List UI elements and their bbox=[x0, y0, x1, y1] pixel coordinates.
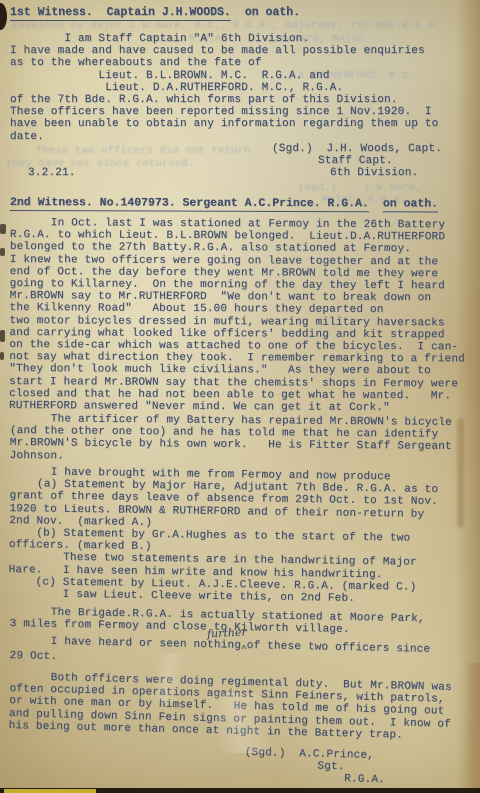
statement-date: 3.2.21. bbox=[28, 167, 76, 179]
typed-line: I am Staff Captain "A" 6th Division. bbox=[10, 33, 480, 45]
typed-line: These officers have been reported missin… bbox=[10, 106, 480, 118]
typed-line: as to the whereabouts and the fate of bbox=[10, 57, 480, 69]
document-photo: Examined by Major J.W.Hare, M.C., R.G.A.… bbox=[0, 0, 480, 793]
witness2-paragraph-exhibits: I have brought with me from Fermoy and n… bbox=[8, 466, 480, 607]
witness2-paragraph-artificer: The artificer of my Battery has repaired… bbox=[10, 413, 480, 466]
typed-line: Lieut. D.A.RUTHERFORD. M.C., R.G.A. bbox=[10, 82, 480, 94]
typed-line: Lieut. B.L.BROWN. M.C. R.G.A. and bbox=[10, 70, 480, 82]
witness1-heading-oath: on oath. bbox=[245, 6, 300, 19]
witness1-signed-unit: 6th Division. bbox=[330, 167, 418, 179]
typed-line: of the 7th Bde. R.G.A. which forms part … bbox=[10, 94, 480, 106]
witness2-heading-name: 2nd Witness. No.1407973. Sergeant A.C.Pr… bbox=[10, 196, 369, 212]
witness1-heading-name: 1st Witness. Captain J.H.WOODS. bbox=[10, 6, 231, 21]
edge-stain bbox=[0, 352, 4, 360]
witness2-paragraph-duties: Both officers were doing regimental duty… bbox=[9, 671, 480, 743]
witness1-signed-line: (Sgd.) J.H. Woods, Capt. bbox=[10, 143, 480, 155]
witness1-signature-block: (Sgd.) J.H. Woods, Capt. Staff Capt. 3.2… bbox=[10, 143, 480, 180]
typed-line: have been unable to obtain any informati… bbox=[10, 118, 480, 130]
torn-corner bbox=[464, 663, 480, 793]
edge-stain bbox=[0, 248, 5, 256]
witness2-paragraph-departure: In Oct. last I was stationed at Fermoy i… bbox=[9, 217, 480, 415]
witness1-heading: 1st Witness. Captain J.H.WOODS.on oath. bbox=[10, 6, 480, 19]
edge-stain bbox=[0, 330, 5, 342]
page-bottom-edge-highlight bbox=[4, 789, 96, 793]
typed-line: I have made and have caused to be made a… bbox=[10, 45, 480, 57]
witness2-heading-oath: on oath. bbox=[383, 198, 438, 213]
line-post-insert: of these two officers since bbox=[247, 640, 431, 656]
typed-statement: 1st Witness. Captain J.H.WOODS.on oath. … bbox=[0, 0, 480, 793]
witness2-signature-block: (Sgd.) A.C.Prince, Sgt. R.G.A. bbox=[9, 741, 480, 789]
paper-fold-mark bbox=[457, 418, 464, 528]
witness1-statement: I am Staff Captain "A" 6th Division.I ha… bbox=[10, 33, 480, 143]
typed-line: date. bbox=[10, 131, 480, 143]
witness2-paragraph-heard-nothing: I have heard or seen nothing^furtherof t… bbox=[9, 635, 479, 672]
witness1-signed-unit-row: 3.2.21.6th Division. bbox=[10, 167, 480, 179]
witness2-heading: 2nd Witness. No.1407973. Sergeant A.C.Pr… bbox=[10, 196, 480, 211]
handwritten-insert: further bbox=[207, 627, 247, 641]
edge-stain bbox=[0, 224, 6, 234]
witness1-signed-role: Staff Capt. bbox=[10, 155, 480, 167]
